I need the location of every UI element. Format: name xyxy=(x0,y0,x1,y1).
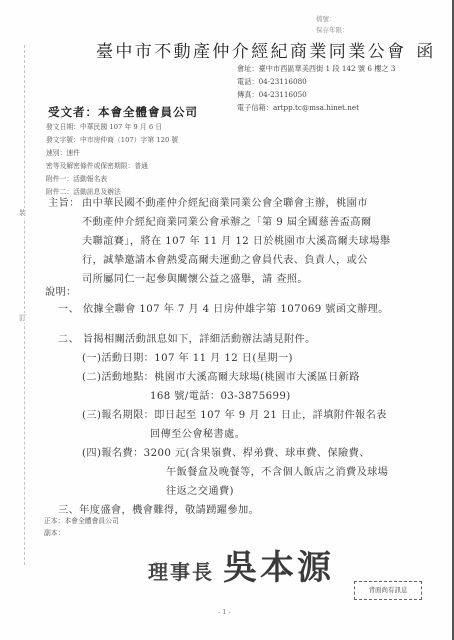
binding-mark: 裝 xyxy=(19,208,26,218)
subject-label: 主旨： xyxy=(48,194,80,213)
binding-line xyxy=(24,45,25,565)
fax: 傳真：04-23116050 xyxy=(237,88,395,101)
delivery-speed: 速別：速件 xyxy=(46,147,178,160)
distribution: 正本：本會全體會員公司 副本： xyxy=(44,515,119,539)
registration-fee-cont: 往返之交通費) xyxy=(166,482,234,501)
email: 電子信箱：artpp.tc@msa.hinet.net xyxy=(237,101,395,114)
page-number: - 1 - xyxy=(218,608,231,616)
issuer-name: 臺中市不動產仲介經紀商業同業公會 xyxy=(96,42,406,62)
reference-number: 發文字號：中市房仲商（107）字第 120 號 xyxy=(46,134,178,147)
subject-line: 行，誠摯邀請本會熱愛高爾夫運動之會員代表、負責人，或公 xyxy=(82,251,390,270)
registration-deadline-cont: 回傳至公會秘書處。 xyxy=(150,425,245,444)
document-title: 臺中市不動產仲介經紀商業同業公會函 xyxy=(96,37,436,62)
signature: 理事長 吳本源 xyxy=(148,540,334,589)
original-recipients: 正本：本會全體會員公司 xyxy=(44,515,119,527)
signer-name: 吳本源 xyxy=(223,548,334,588)
recipient: 受文者：本會全體會員公司 xyxy=(48,104,198,120)
registration-fee: (四)報名費：3200 元(含果嶺費、桿弟費、球車費、保險費、 xyxy=(82,444,370,463)
back-page-note: 背面尚有訊息 xyxy=(354,581,422,600)
explanation-item-1: 一、 依據全聯會 107 年 7 月 4 日房仲雄字第 107069 號函文辦理… xyxy=(58,300,389,319)
address: 會址：臺中市西區華美西街 1 段 142 號 6 樓之 3 xyxy=(237,62,395,75)
file-number-label: 檔號： xyxy=(316,14,349,25)
subject-line: 不動產仲介經紀商業同業公會承辦之「第 9 屆全國慈善盃高爾 xyxy=(82,213,390,232)
event-venue: (二)活動地點：桃園市大溪高爾夫球場(桃園市大溪區日新路 xyxy=(82,368,360,387)
binding-mark: 訂 xyxy=(19,313,26,323)
document-meta: 發文日期：中華民國 107 年 9 月 6 日 發文字號：中市房仲商（107）字… xyxy=(46,121,178,199)
copy-recipients: 副本： xyxy=(44,527,119,539)
archive-meta: 檔號： 保存年限： xyxy=(316,14,349,36)
explanation-item-2: 二、 旨揭相關活動訊息如下，詳細活動辦法請見附件。 xyxy=(58,330,316,349)
document-page: 裝 訂 檔號： 保存年限： 臺中市不動產仲介經紀商業同業公會函 會址：臺中市西區… xyxy=(0,0,454,640)
contact-block: 會址：臺中市西區華美西街 1 段 142 號 6 樓之 3 電話：04-2311… xyxy=(237,62,395,114)
subject-text: 由中華民國不動產仲介經紀商業同業公會全聯會主辦，桃園市 不動產仲介經紀商業同業公… xyxy=(82,194,390,289)
retention-label: 保存年限： xyxy=(316,25,349,36)
subject-line: 夫聯誼賽」，將在 107 年 11 月 12 日於桃園市大溪高爾夫球場舉 xyxy=(82,232,390,251)
subject-line: 司所屬同仁一起參與關懷公益之盛舉，請 查照。 xyxy=(82,270,390,289)
event-venue-cont: 168 號/電話：03-3875699) xyxy=(150,387,291,406)
issue-date: 發文日期：中華民國 107 年 9 月 6 日 xyxy=(46,121,178,134)
secrecy-level: 密等及解密條件或保密期限：普通 xyxy=(46,160,178,173)
registration-deadline: (三)報名期限：即日起至 107 年 9 月 21 日止，詳填附件報名表 xyxy=(82,406,387,425)
attachment-1: 附件一：活動報名表 xyxy=(46,173,178,186)
document-type: 函 xyxy=(416,42,435,62)
registration-fee-cont: 午飯餐盒及晚餐等，不含個人飯店之消費及球場 xyxy=(166,463,388,482)
event-date: (一)活動日期：107 年 11 月 12 日(星期一) xyxy=(82,349,293,368)
signer-title: 理事長 xyxy=(148,560,214,584)
phone: 電話：04-23116080 xyxy=(237,75,395,88)
subject-line: 由中華民國不動產仲介經紀商業同業公會全聯會主辦，桃園市 xyxy=(82,194,390,213)
